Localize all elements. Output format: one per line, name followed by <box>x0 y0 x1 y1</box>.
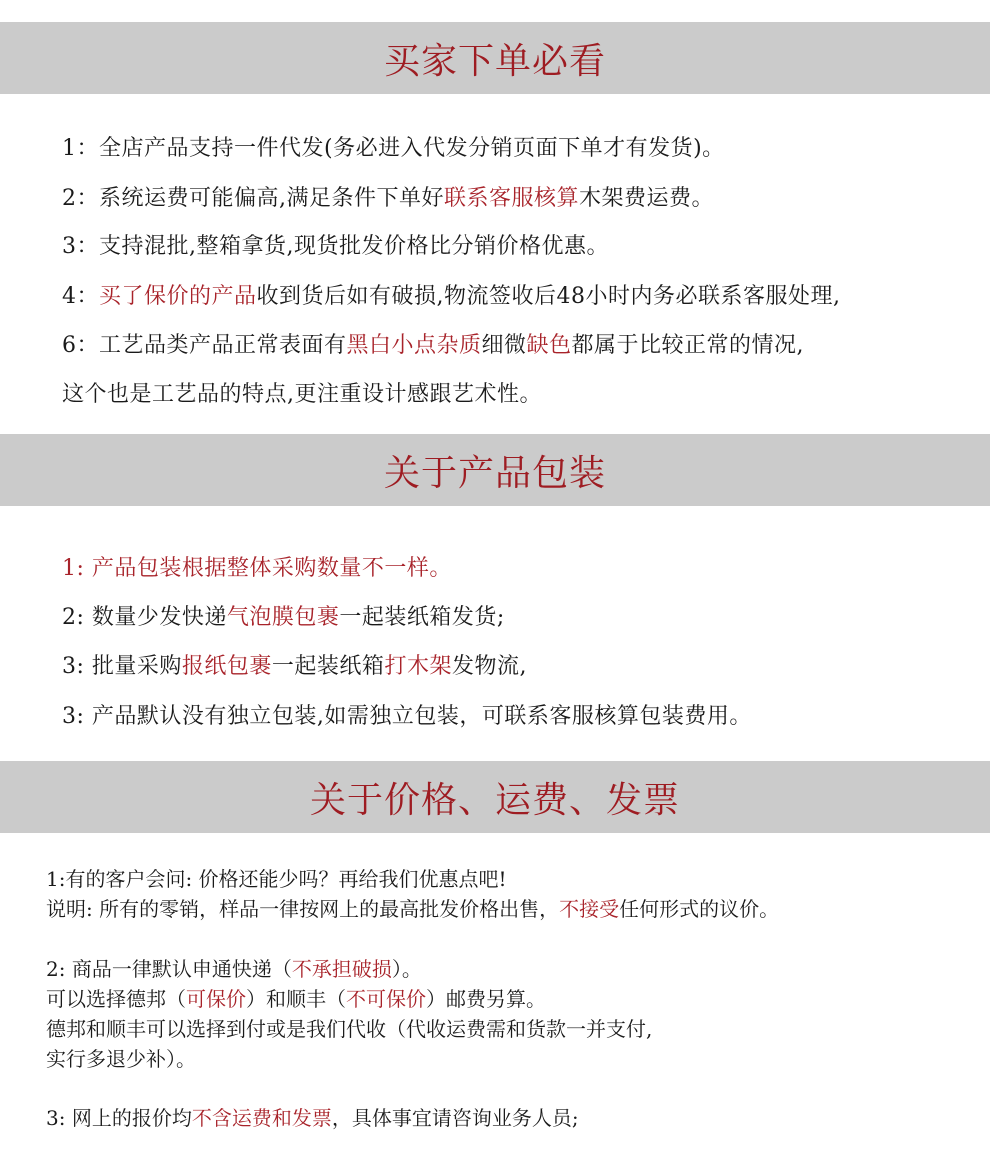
text-segment: 木架费运费。 <box>579 186 714 211</box>
text-segment: 任何形式的议价。 <box>619 897 779 921</box>
packaging-line: 3: 批量采购报纸包裹一起装纸箱打木架发物流, <box>62 649 527 680</box>
text-segment: 2: 商品一律默认申通快递（ <box>46 957 292 981</box>
highlight-text: 黑白小点杂质 <box>347 333 482 358</box>
notice-line: 6：工艺品类产品正常表面有黑白小点杂质细微缺色都属于比较正常的情况, <box>62 328 804 359</box>
pricing-line: 德邦和顺丰可以选择到付或是我们代收（代收运费需和货款一并支付, <box>46 1013 652 1042</box>
text-segment: ）邮费另算。 <box>426 987 546 1011</box>
highlight-text: 不可保价 <box>346 987 426 1011</box>
text-segment: 1:有的客户会问: 价格还能少吗？再给我们优惠点吧! <box>46 867 507 891</box>
text-segment: 细微 <box>482 333 527 358</box>
section-banner-pricing: 关于价格、运费、发票 <box>0 761 990 833</box>
text-segment: 说明: 所有的零销，样品一律按网上的最高批发价格出售， <box>46 897 559 921</box>
highlight-text: 不含运费和发票 <box>192 1106 332 1130</box>
highlight-text: 1: 产品包装根据整体采购数量不一样。 <box>62 556 452 581</box>
pricing-line: 1:有的客户会问: 价格还能少吗？再给我们优惠点吧! <box>46 863 507 892</box>
section-banner-buyer-notice: 买家下单必看 <box>0 22 990 94</box>
text-segment: 3: 网上的报价均 <box>46 1106 192 1130</box>
text-segment: 3：支持混批,整箱拿货,现货批发价格比分销价格优惠。 <box>62 234 609 259</box>
text-segment: 3: 产品默认没有独立包装,如需独立包装，可联系客服核算包装费用。 <box>62 704 752 729</box>
highlight-text: 打木架 <box>384 654 452 679</box>
text-segment: 2：系统运费可能偏高,满足条件下单好 <box>62 186 444 211</box>
text-segment: 2: 数量少发快递 <box>62 605 227 630</box>
notice-line: 1：全店产品支持一件代发(务必进入代发分销页面下单才有发货)。 <box>62 131 725 162</box>
highlight-text: 可保价 <box>186 987 246 1011</box>
highlight-text: 不承担破损 <box>292 957 392 981</box>
highlight-text: 买了保价的产品 <box>99 284 257 309</box>
text-segment: ）和顺丰（ <box>246 987 346 1011</box>
section-title: 关于价格、运费、发票 <box>310 772 680 823</box>
text-segment: 4： <box>62 284 99 309</box>
text-segment: 实行多退少补）。 <box>46 1047 196 1071</box>
section-title: 关于产品包装 <box>384 445 606 496</box>
text-segment: ）。 <box>392 957 422 981</box>
notice-line: 这个也是工艺品的特点,更注重设计感跟艺术性。 <box>62 377 542 408</box>
text-segment: ，具体事宜请咨询业务人员; <box>332 1106 579 1130</box>
text-segment: 6：工艺品类产品正常表面有 <box>62 333 347 358</box>
text-segment: 收到货后如有破损,物流签收后48小时内务必联系客服处理, <box>257 284 841 309</box>
highlight-text: 联系客服核算 <box>444 186 579 211</box>
text-segment: 1：全店产品支持一件代发(务必进入代发分销页面下单才有发货)。 <box>62 136 725 161</box>
highlight-text: 缺色 <box>527 333 572 358</box>
packaging-line: 3: 产品默认没有独立包装,如需独立包装，可联系客服核算包装费用。 <box>62 699 752 730</box>
text-segment: 发物流, <box>452 654 527 679</box>
packaging-line: 1: 产品包装根据整体采购数量不一样。 <box>62 551 452 582</box>
text-segment: 德邦和顺丰可以选择到付或是我们代收（代收运费需和货款一并支付, <box>46 1017 652 1041</box>
highlight-text: 报纸包裹 <box>182 654 272 679</box>
pricing-line: 实行多退少补）。 <box>46 1043 196 1072</box>
section-banner-packaging: 关于产品包装 <box>0 434 990 506</box>
pricing-line: 说明: 所有的零销，样品一律按网上的最高批发价格出售，不接受任何形式的议价。 <box>46 893 779 922</box>
text-segment: 一起装纸箱发货; <box>339 605 504 630</box>
notice-line: 4：买了保价的产品收到货后如有破损,物流签收后48小时内务必联系客服处理, <box>62 279 841 310</box>
text-segment: 都属于比较正常的情况, <box>572 333 805 358</box>
pricing-line: 3: 网上的报价均不含运费和发票，具体事宜请咨询业务人员; <box>46 1102 579 1131</box>
text-segment: 一起装纸箱 <box>272 654 385 679</box>
text-segment: 这个也是工艺品的特点,更注重设计感跟艺术性。 <box>62 382 542 407</box>
pricing-line: 可以选择德邦（可保价）和顺丰（不可保价）邮费另算。 <box>46 983 546 1012</box>
text-segment: 3: 批量采购 <box>62 654 182 679</box>
notice-line: 3：支持混批,整箱拿货,现货批发价格比分销价格优惠。 <box>62 229 609 260</box>
highlight-text: 气泡膜包裹 <box>227 605 340 630</box>
packaging-line: 2: 数量少发快递气泡膜包裹一起装纸箱发货; <box>62 600 505 631</box>
highlight-text: 不接受 <box>559 897 619 921</box>
text-segment: 可以选择德邦（ <box>46 987 186 1011</box>
pricing-line: 2: 商品一律默认申通快递（不承担破损）。 <box>46 953 422 982</box>
notice-line: 2：系统运费可能偏高,满足条件下单好联系客服核算木架费运费。 <box>62 181 714 212</box>
section-title: 买家下单必看 <box>384 33 606 84</box>
